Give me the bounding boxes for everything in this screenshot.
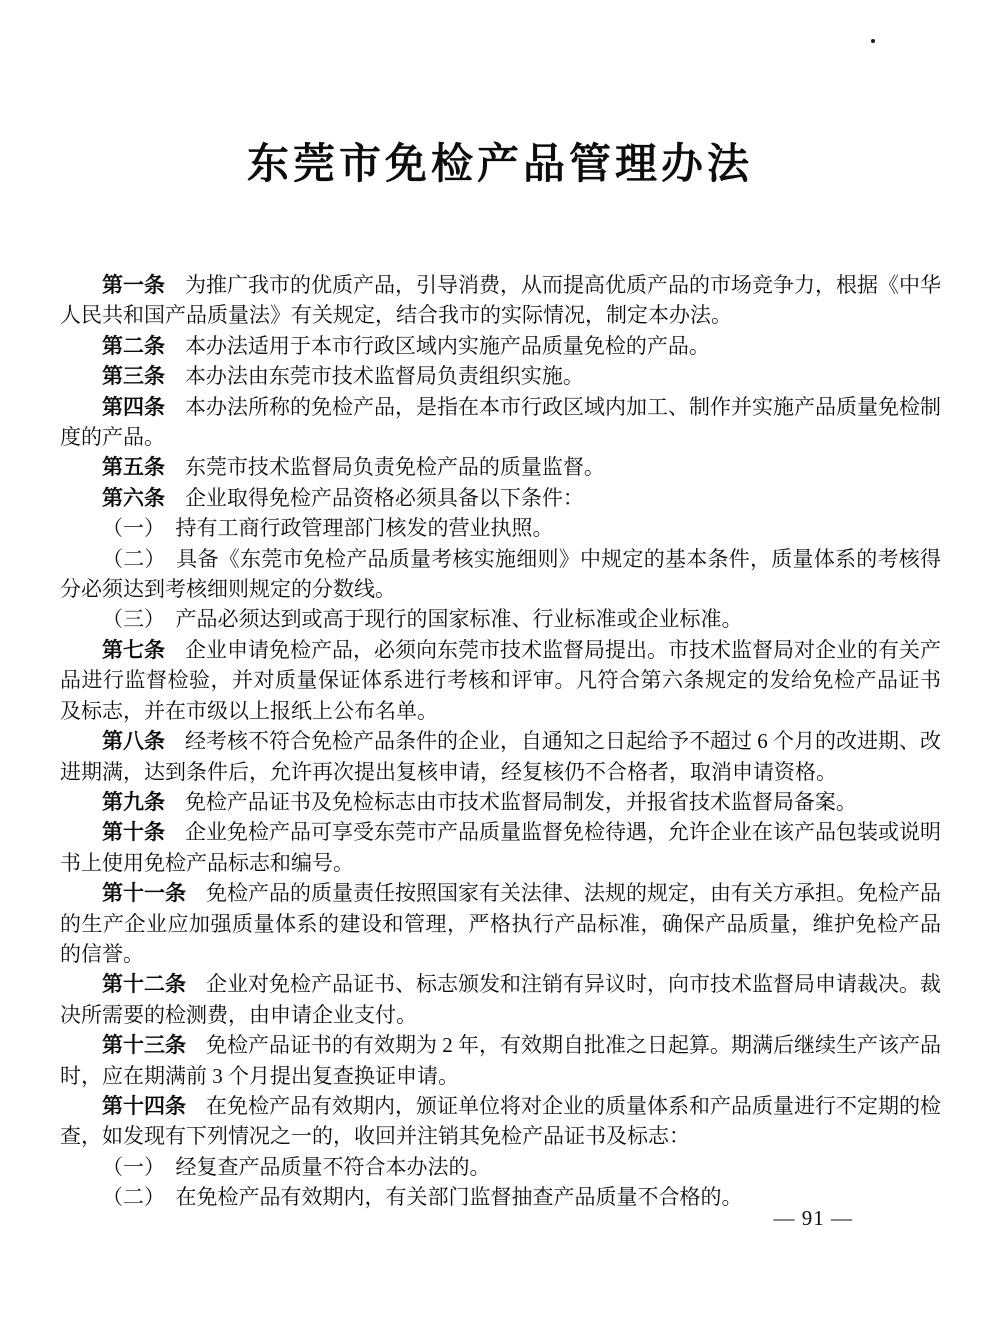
paragraph-item-14-1: （一）经复查产品质量不符合本办法的。 — [60, 1152, 941, 1182]
paragraph-article-7: 第七条企业申请免检产品，必须向东莞市技术监督局提出。市技术监督局对企业的有关产品… — [60, 635, 941, 726]
article-4-text: 本办法所称的免检产品，是指在本市行政区域内加工、制作并实施产品质量免检制度的产品… — [60, 395, 941, 449]
page-number: — 91 — — [774, 1206, 854, 1231]
item-14-2-label: （二） — [102, 1185, 165, 1209]
paragraph-article-12: 第十二条企业对免检产品证书、标志颁发和注销有异议时，向市技术监督局申请裁决。裁决… — [60, 969, 941, 1030]
article-6-label: 第六条 — [102, 486, 165, 510]
article-7-text: 企业申请免检产品，必须向东莞市技术监督局提出。市技术监督局对企业的有关产品进行监… — [60, 638, 941, 723]
document-title: 东莞市免检产品管理办法 — [0, 131, 1000, 191]
paragraph-article-8: 第八条经考核不符合免检产品条件的企业，自通知之日起给予不超过 6 个月的改进期、… — [60, 726, 941, 787]
article-11-label: 第十一条 — [102, 881, 186, 905]
paragraph-article-5: 第五条东莞市技术监督局负责免检产品的质量监督。 — [60, 452, 941, 482]
item-6-1-text: 持有工商行政管理部门核发的营业执照。 — [176, 516, 554, 540]
paragraph-article-1: 第一条为推广我市的优质产品，引导消费，从而提高优质产品的市场竞争力，根据《中华人… — [60, 270, 941, 331]
article-3-text: 本办法由东莞市技术监督局负责组织实施。 — [185, 364, 584, 388]
paragraph-item-6-2: （二）具备《东莞市免检产品质量考核实施细则》中规定的基本条件，质量体系的考核得分… — [60, 544, 941, 605]
article-14-label: 第十四条 — [102, 1094, 186, 1118]
article-9-label: 第九条 — [102, 790, 165, 814]
article-8-label: 第八条 — [102, 729, 165, 753]
paragraph-item-6-1: （一）持有工商行政管理部门核发的营业执照。 — [60, 513, 941, 543]
item-6-1-label: （一） — [102, 516, 165, 540]
article-2-label: 第二条 — [102, 334, 165, 358]
article-5-label: 第五条 — [102, 455, 165, 479]
article-14-text: 在免检产品有效期内，颁证单位将对企业的质量体系和产品质量进行不定期的检查，如发现… — [60, 1094, 941, 1148]
article-13-text: 免检产品证书的有效期为 2 年，有效期自批准之日起算。期满后继续生产该产品时，应… — [60, 1033, 941, 1087]
paragraph-article-13: 第十三条免检产品证书的有效期为 2 年，有效期自批准之日起算。期满后继续生产该产… — [60, 1030, 941, 1091]
article-9-text: 免检产品证书及免检标志由市技术监督局制发，并报省技术监督局备案。 — [185, 790, 857, 814]
item-14-1-label: （一） — [102, 1155, 165, 1179]
item-6-3-text: 产品必须达到或高于现行的国家标准、行业标准或企业标准。 — [176, 607, 743, 631]
item-6-2-text: 具备《东莞市免检产品质量考核实施细则》中规定的基本条件，质量体系的考核得分必须达… — [60, 547, 941, 601]
item-14-2-text: 在免检产品有效期内，有关部门监督抽查产品质量不合格的。 — [176, 1185, 743, 1209]
scan-artifact-dot — [871, 39, 875, 43]
article-12-text: 企业对免检产品证书、标志颁发和注销有异议时，向市技术监督局申请裁决。裁决所需要的… — [60, 972, 941, 1026]
article-2-text: 本办法适用于本市行政区域内实施产品质量免检的产品。 — [185, 334, 710, 358]
paragraph-article-2: 第二条本办法适用于本市行政区域内实施产品质量免检的产品。 — [60, 331, 941, 361]
article-7-label: 第七条 — [102, 638, 165, 662]
article-10-text: 企业免检产品可享受东莞市产品质量监督免检待遇，允许企业在该产品包装或说明书上使用… — [60, 820, 941, 874]
paragraph-article-9: 第九条免检产品证书及免检标志由市技术监督局制发，并报省技术监督局备案。 — [60, 787, 941, 817]
article-13-label: 第十三条 — [102, 1033, 186, 1057]
article-4-label: 第四条 — [102, 395, 165, 419]
document-body: 第一条为推广我市的优质产品，引导消费，从而提高优质产品的市场竞争力，根据《中华人… — [60, 270, 941, 1213]
item-14-1-text: 经复查产品质量不符合本办法的。 — [176, 1155, 491, 1179]
paragraph-article-6: 第六条企业取得免检产品资格必须具备以下条件： — [60, 483, 941, 513]
paragraph-item-6-3: （三）产品必须达到或高于现行的国家标准、行业标准或企业标准。 — [60, 604, 941, 634]
item-6-2-label: （二） — [102, 547, 166, 571]
article-11-text: 免检产品的质量责任按照国家有关法律、法规的规定，由有关方承担。免检产品的生产企业… — [60, 881, 941, 966]
article-5-text: 东莞市技术监督局负责免检产品的质量监督。 — [185, 455, 605, 479]
article-8-text: 经考核不符合免检产品条件的企业，自通知之日起给予不超过 6 个月的改进期、改进期… — [60, 729, 941, 783]
article-1-label: 第一条 — [102, 273, 165, 297]
article-10-label: 第十条 — [102, 820, 165, 844]
article-3-label: 第三条 — [102, 364, 165, 388]
paragraph-article-3: 第三条本办法由东莞市技术监督局负责组织实施。 — [60, 361, 941, 391]
paragraph-article-11: 第十一条免检产品的质量责任按照国家有关法律、法规的规定，由有关方承担。免检产品的… — [60, 878, 941, 969]
article-12-label: 第十二条 — [102, 972, 186, 996]
article-1-text: 为推广我市的优质产品，引导消费，从而提高优质产品的市场竞争力，根据《中华人民共和… — [60, 273, 941, 327]
paragraph-article-14: 第十四条在免检产品有效期内，颁证单位将对企业的质量体系和产品质量进行不定期的检查… — [60, 1091, 941, 1152]
scanned-document-page: 东莞市免检产品管理办法 第一条为推广我市的优质产品，引导消费，从而提高优质产品的… — [0, 0, 1000, 1319]
item-6-3-label: （三） — [102, 607, 165, 631]
paragraph-article-10: 第十条企业免检产品可享受东莞市产品质量监督免检待遇，允许企业在该产品包装或说明书… — [60, 817, 941, 878]
paragraph-article-4: 第四条本办法所称的免检产品，是指在本市行政区域内加工、制作并实施产品质量免检制度… — [60, 392, 941, 453]
article-6-text: 企业取得免检产品资格必须具备以下条件： — [185, 486, 584, 510]
